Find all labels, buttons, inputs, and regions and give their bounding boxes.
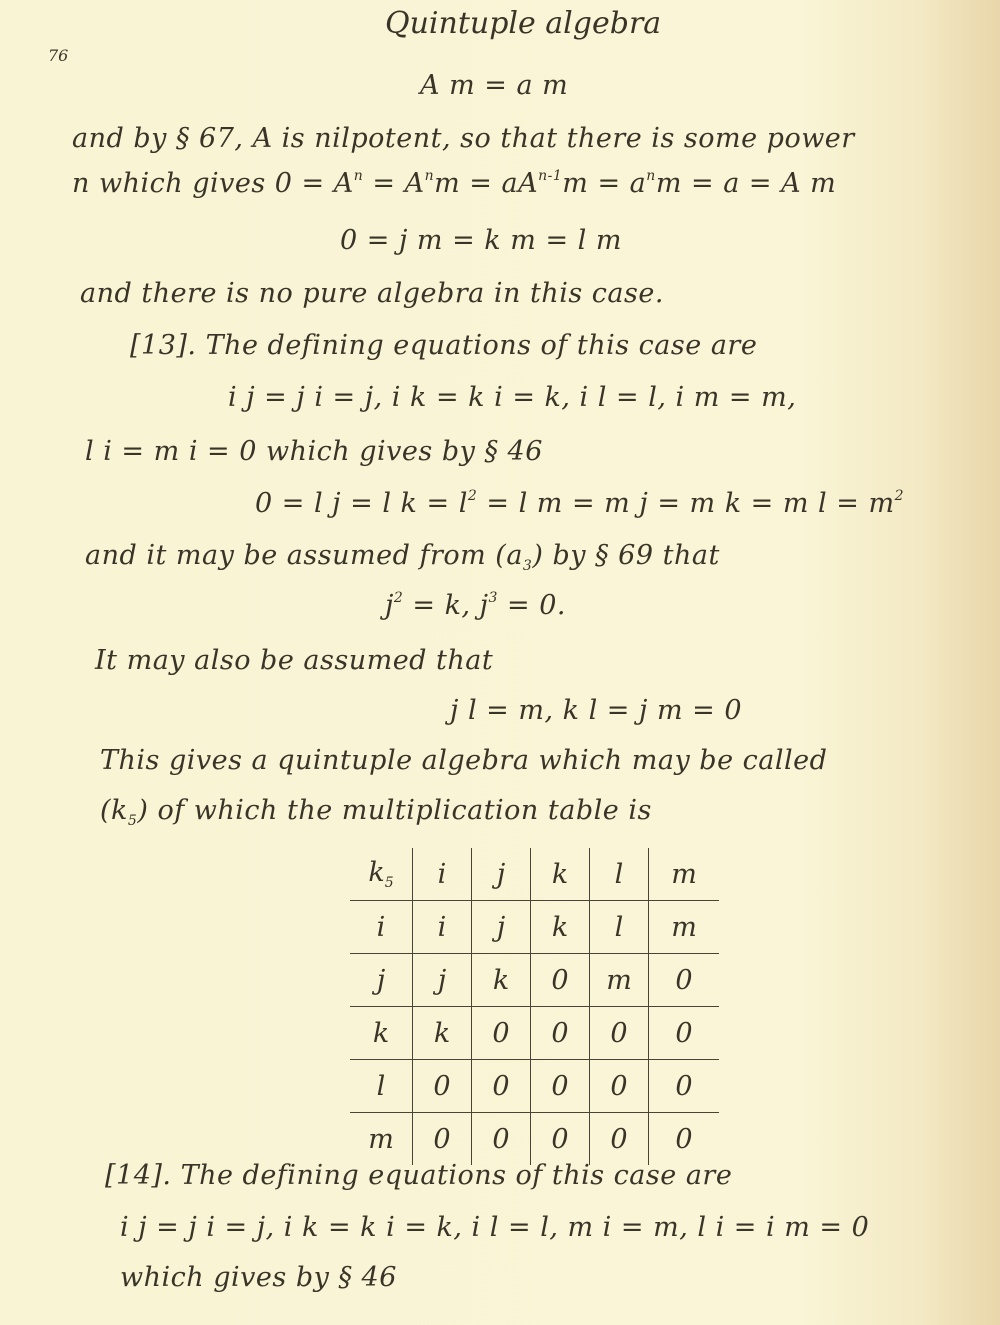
exponent: n-1 [538, 168, 562, 184]
text-line-no-pure-algebra: and there is no pure algebra in this cas… [80, 278, 664, 309]
column-header: m [649, 848, 720, 901]
table-cell: 0 [590, 1113, 649, 1166]
eq-part: = A [363, 168, 424, 199]
text-line-assumed-a3: and it may be assumed from (a3) by § 69 … [85, 540, 720, 574]
eq-part: = k, j [403, 590, 488, 621]
table-cell: i [413, 901, 472, 954]
exponent: n [354, 168, 364, 184]
table-cell: 0 [649, 954, 720, 1007]
corner-subscript: 5 [385, 875, 394, 891]
table-row: m 0 0 0 0 0 [350, 1113, 719, 1166]
table-cell: 0 [472, 1113, 531, 1166]
table-cell: 0 [531, 954, 590, 1007]
table-corner: k5 [350, 848, 413, 901]
column-header: j [472, 848, 531, 901]
text-line-which-gives: which gives by § 46 [120, 1262, 397, 1293]
exponent: n [425, 168, 435, 184]
text-part: and it may be assumed from (a [85, 540, 523, 571]
equation-jm: 0 = j m = k m = l m [340, 225, 622, 256]
eq-part: = 0. [498, 590, 566, 621]
table-cell: 0 [472, 1060, 531, 1113]
equation-j-powers: j2 = k, j3 = 0. [385, 590, 566, 621]
table-cell: 0 [590, 1007, 649, 1060]
exponent: 2 [895, 488, 904, 504]
table-cell: m [590, 954, 649, 1007]
row-header: l [350, 1060, 413, 1113]
row-header: j [350, 954, 413, 1007]
exponent: 2 [394, 590, 403, 606]
equation-defining-13b: l i = m i = 0 which gives by § 46 [85, 436, 543, 467]
eq-part: m = a [562, 168, 646, 199]
table-cell: l [590, 901, 649, 954]
column-header: l [590, 848, 649, 901]
column-header: i [413, 848, 472, 901]
equation-defining-13a: i j = j i = j, i k = k i = k, i l = l, i… [228, 382, 796, 413]
text-part: (k [100, 795, 128, 826]
table-cell: k [413, 1007, 472, 1060]
table-cell: j [413, 954, 472, 1007]
equation-zero-products: 0 = l j = l k = l2 = l m = m j = m k = m… [255, 488, 904, 519]
equation-am: A m = a m [420, 70, 568, 101]
table-cell: 0 [413, 1113, 472, 1166]
exponent: n [646, 168, 656, 184]
eq-part: n which gives 0 = A [72, 168, 354, 199]
corner-label: k [368, 857, 384, 888]
page-number: 76 [48, 46, 68, 65]
equation-jl-kl: j l = m, k l = j m = 0 [450, 695, 742, 726]
table-cell: 0 [531, 1007, 590, 1060]
eq-part: j [385, 590, 394, 621]
table-header-row: k5 i j k l m [350, 848, 719, 901]
table-cell: 0 [649, 1113, 720, 1166]
eq-part: 0 = l j = l k = l [255, 488, 468, 519]
table-cell: k [472, 954, 531, 1007]
table-cell: 0 [649, 1060, 720, 1113]
table-cell: 0 [531, 1060, 590, 1113]
equation-power: n which gives 0 = An = Anm = aAn-1m = an… [72, 168, 836, 199]
table-cell: 0 [649, 1007, 720, 1060]
section-13-heading: [13]. The defining equations of this cas… [130, 330, 757, 361]
table-cell: m [649, 901, 720, 954]
table-row: i i j k l m [350, 901, 719, 954]
table-cell: 0 [413, 1060, 472, 1113]
table-row: k k 0 0 0 0 [350, 1007, 719, 1060]
equation-defining-14: i j = j i = j, i k = k i = k, i l = l, m… [120, 1212, 869, 1243]
table-row: j j k 0 m 0 [350, 954, 719, 1007]
text-part: ) by § 69 that [532, 540, 719, 571]
eq-part: m = aA [434, 168, 538, 199]
table-cell: 0 [472, 1007, 531, 1060]
table-cell: 0 [590, 1060, 649, 1113]
eq-part: = l m = m j = m k = m l = m [477, 488, 894, 519]
text-line-multiplication-table: (k5) of which the multiplication table i… [100, 795, 652, 829]
subscript: 3 [523, 558, 532, 574]
text-part: ) of which the multiplication table is [137, 795, 652, 826]
subscript: 5 [128, 813, 137, 829]
text-line-quintuple: This gives a quintuple algebra which may… [100, 745, 827, 776]
section-14-heading: [14]. The defining equations of this cas… [105, 1160, 732, 1191]
page-title: Quintuple algebra [385, 6, 661, 41]
table-cell: 0 [531, 1113, 590, 1166]
table-cell: k [531, 901, 590, 954]
column-header: k [531, 848, 590, 901]
row-header: k [350, 1007, 413, 1060]
eq-part: m = a = A m [656, 168, 836, 199]
row-header: i [350, 901, 413, 954]
table-cell: j [472, 901, 531, 954]
table-row: l 0 0 0 0 0 [350, 1060, 719, 1113]
exponent: 2 [468, 488, 477, 504]
multiplication-table: k5 i j k l m i i j k l m j j k 0 m 0 k k… [350, 848, 719, 1165]
manuscript-page: 76 Quintuple algebra A m = a m and by § … [0, 0, 1000, 1325]
text-line-also-assumed: It may also be assumed that [95, 645, 493, 676]
text-line-nilpotent: and by § 67, A is nilpotent, so that the… [72, 123, 855, 154]
row-header: m [350, 1113, 413, 1166]
exponent: 3 [488, 590, 497, 606]
